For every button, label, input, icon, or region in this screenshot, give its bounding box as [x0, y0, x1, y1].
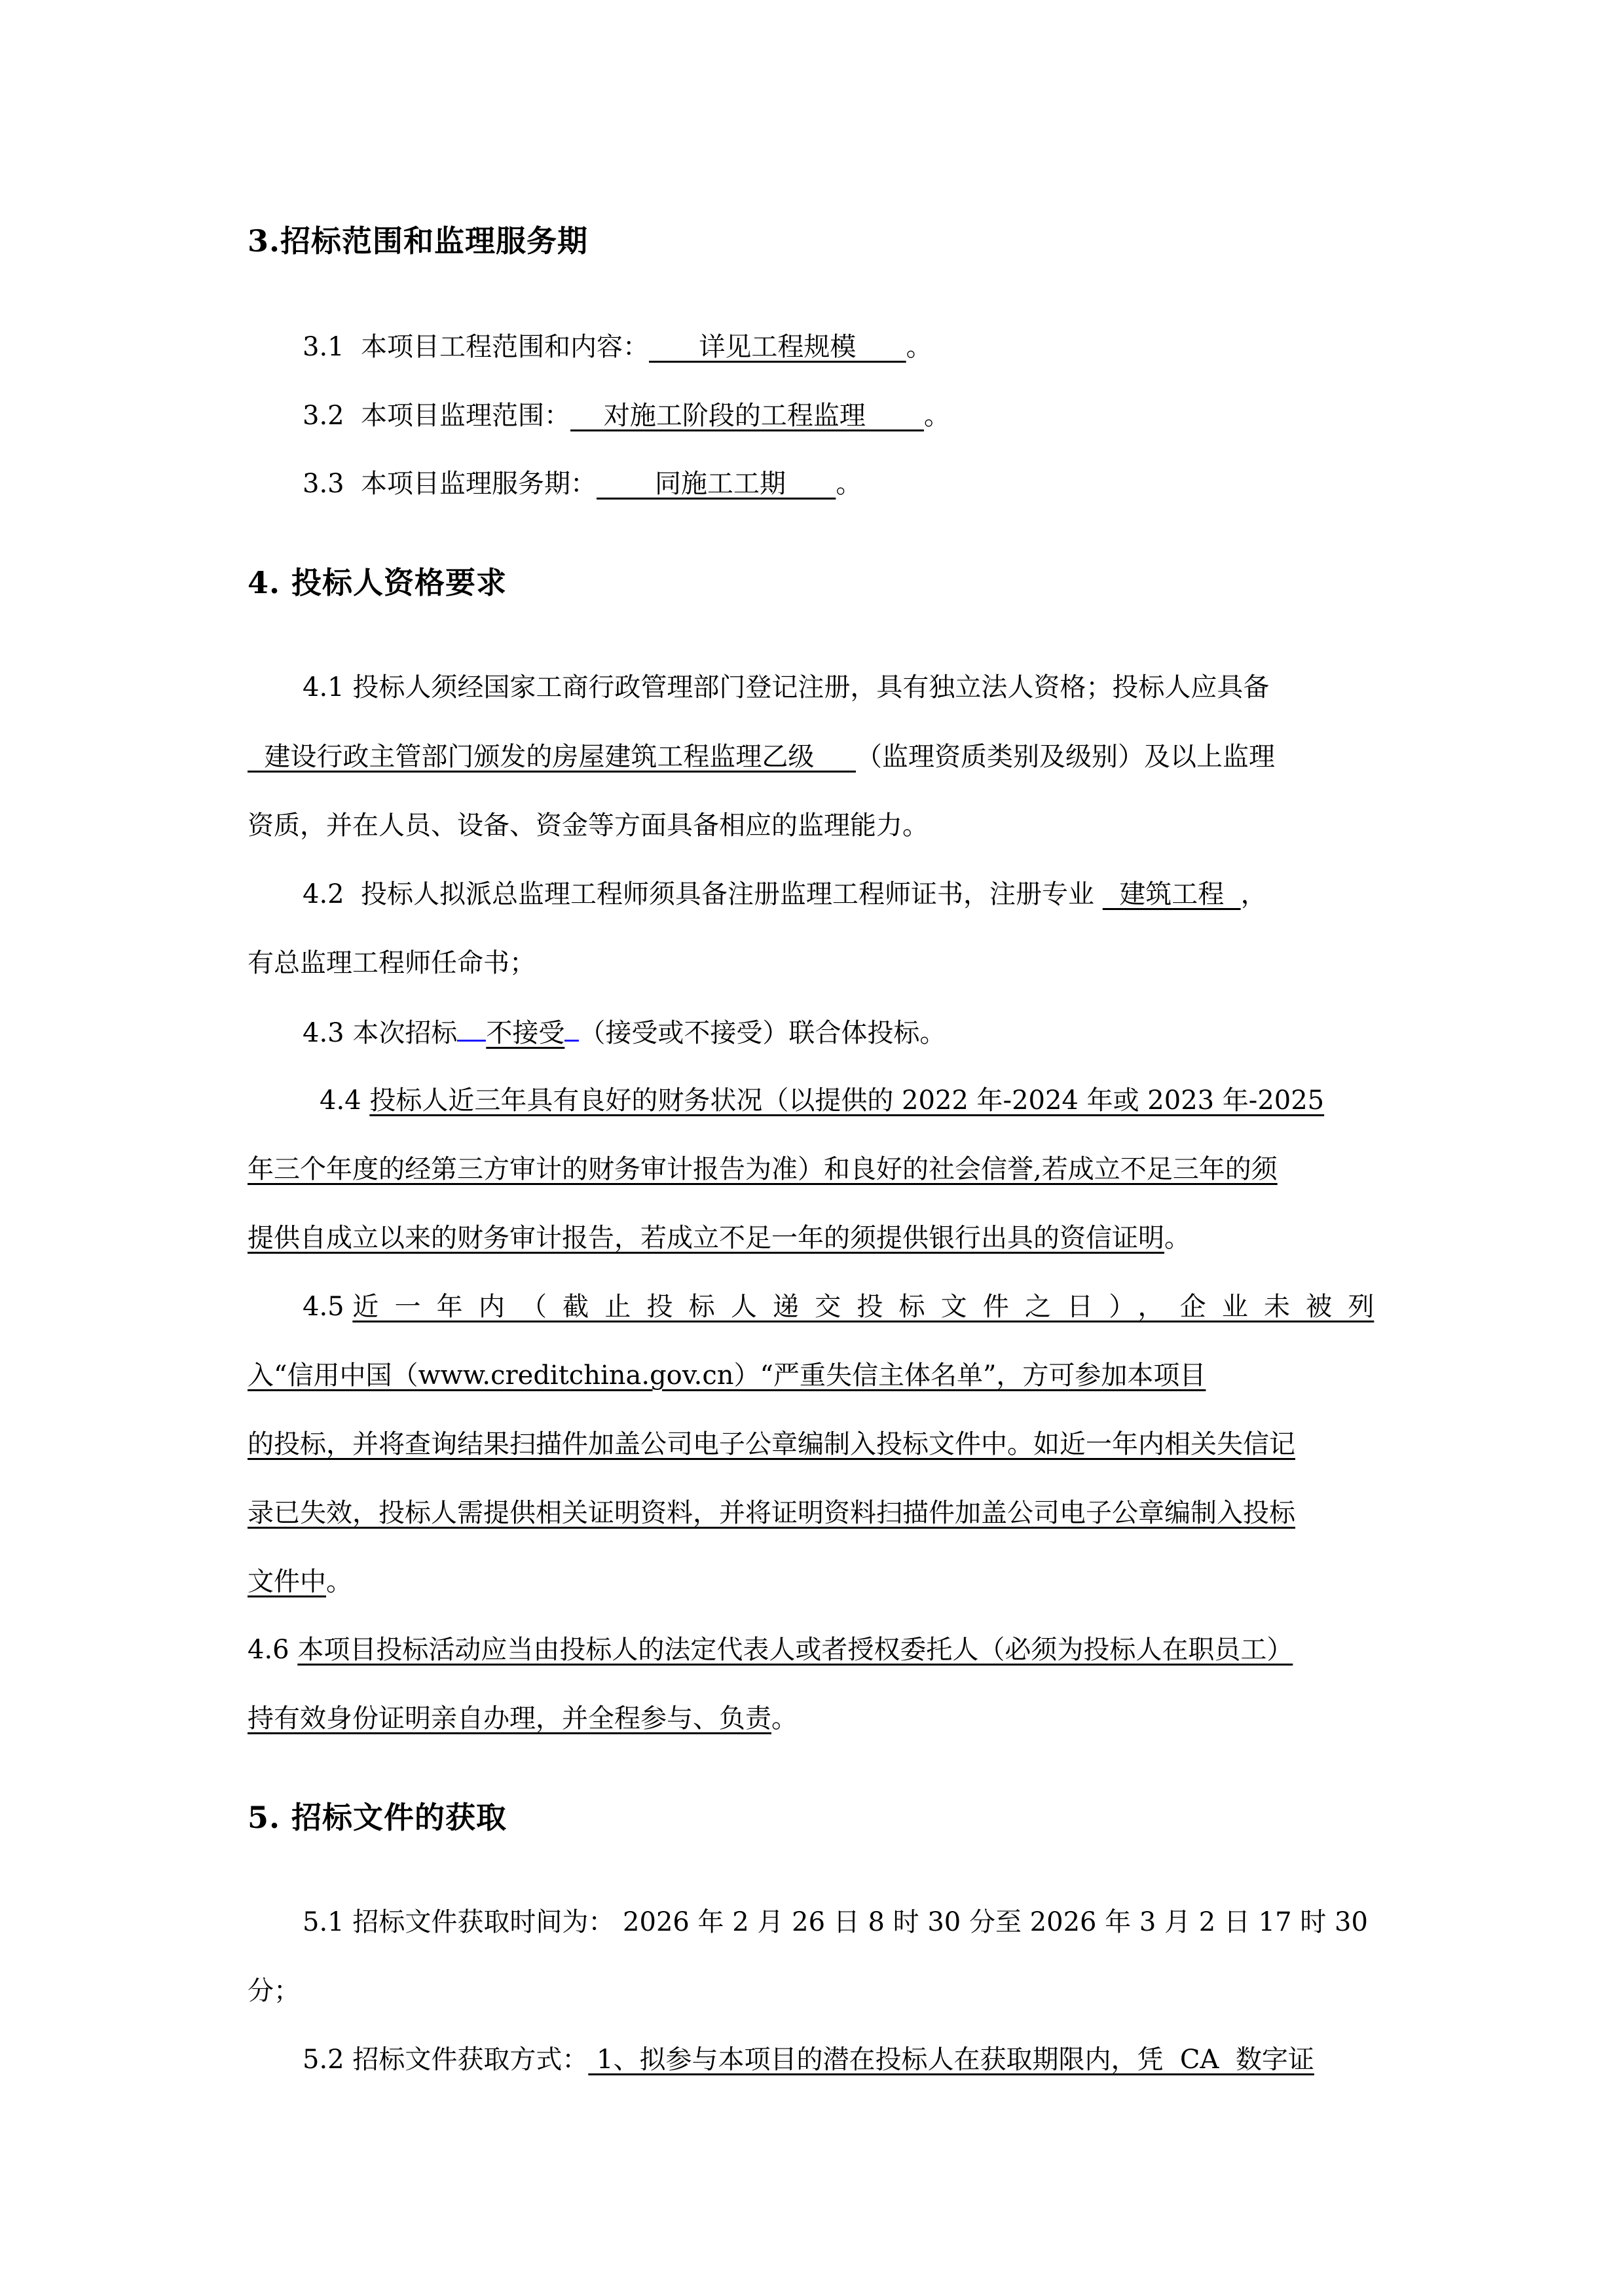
item-4-5-text-3: 的投标，并将查询结果扫描件加盖公司电子公章编制入投标文件中。如近一年内相关失信记: [248, 1429, 1295, 1459]
item-4-4-num: 4.4: [320, 1085, 369, 1116]
item-4-4-text-3: 提供自成立以来的财务审计报告，若成立不足一年的须提供银行出具的资信证明: [248, 1223, 1164, 1253]
item-4-5-line5: 文件中。: [248, 1563, 352, 1600]
item-4-4-line1: 4.4 投标人近三年具有良好的财务状况（以提供的 2022 年-2024 年或 …: [320, 1082, 1324, 1119]
item-3-1-end: 。: [906, 332, 932, 362]
item-3-2: 3.2 本项目监理范围： 对施工阶段的工程监理 。: [303, 397, 950, 434]
item-4-4-text-2: 年三个年度的经第三方审计的财务审计报告为准）和良好的社会信誉,若成立不足三年的须: [248, 1154, 1278, 1184]
item-4-3: 4.3 本次招标不接受（接受或不接受）联合体投标。: [303, 1013, 946, 1051]
item-4-2-prefix: 4.2 投标人拟派总监理工程师须具备注册监理工程师证书，注册专业: [303, 879, 1103, 909]
item-4-4-text-1: 投标人近三年具有良好的财务状况（以提供的 2022 年-2024 年或 2023…: [369, 1085, 1324, 1116]
item-4-1-line2: 建设行政主管部门颁发的房屋建筑工程监理乙级 （监理资质类别及级别）及以上监理: [248, 738, 1275, 775]
item-4-4-line3: 提供自成立以来的财务审计报告，若成立不足一年的须提供银行出具的资信证明。: [248, 1220, 1190, 1256]
item-4-5-text-2: 入“信用中国（www.creditchina.gov.cn）“严重失信主体名单”…: [248, 1360, 1206, 1391]
item-4-2-line1: 4.2 投标人拟派总监理工程师须具备注册监理工程师证书，注册专业 建筑工程 ，: [303, 876, 1267, 913]
item-4-6-text-2: 持有效身份证明亲自办理，并全程参与、负责: [248, 1704, 771, 1734]
item-5-1-line1: 5.1 招标文件获取时间为： 2026 年 2 月 26 日 8 时 30 分至…: [303, 1904, 1368, 1941]
item-4-3-blank-right: [564, 1013, 579, 1042]
item-3-1: 3.1 本项目工程范围和内容： 详见工程规模 。: [303, 329, 932, 365]
item-4-2-line2: 有总监理工程师任命书；: [248, 945, 536, 981]
item-3-3: 3.3 本项目监理服务期： 同施工工期 。: [303, 465, 862, 502]
item-4-5-line4: 录已失效，投标人需提供相关证明资料，并将证明资料扫描件加盖公司电子公章编制入投标: [248, 1495, 1295, 1531]
section-4-heading: 4. 投标人资格要求: [248, 564, 507, 601]
section-3-heading: 3.招标范围和监理服务期: [248, 223, 588, 259]
item-5-1-line2: 分；: [248, 1973, 300, 2009]
item-5-2-line1: 5.2 招标文件获取方式： 1、拟参与本项目的潜在投标人在获取期限内，凭 CA …: [303, 2041, 1314, 2078]
item-4-6-line2: 持有效身份证明亲自办理，并全程参与、负责。: [248, 1700, 798, 1737]
item-3-3-end: 。: [836, 469, 862, 499]
section-5-heading: 5. 招标文件的获取: [248, 1799, 507, 1836]
item-4-3-prefix: 4.3 本次招标: [303, 1018, 457, 1048]
item-4-5-line1: 4.5 近一年内（截止投标人递交投标文件之日），企业未被列: [303, 1288, 1374, 1325]
item-4-3-blank-left: [457, 1013, 486, 1042]
item-4-5-line2: 入“信用中国（www.creditchina.gov.cn）“严重失信主体名单”…: [248, 1357, 1206, 1394]
item-4-4-end: 。: [1164, 1223, 1190, 1253]
item-4-5-num: 4.5: [303, 1292, 352, 1322]
item-4-4-line2: 年三个年度的经第三方审计的财务审计报告为准）和良好的社会信誉,若成立不足三年的须: [248, 1151, 1278, 1188]
item-4-3-rest: （接受或不接受）联合体投标。: [579, 1018, 946, 1048]
item-3-1-value: 详见工程规模: [649, 332, 906, 362]
item-4-1-qualification: 建设行政主管部门颁发的房屋建筑工程监理乙级: [248, 742, 856, 772]
item-3-2-label: 3.2 本项目监理范围：: [303, 401, 570, 431]
item-4-5-text-5: 文件中: [248, 1567, 326, 1597]
item-4-6-text-1: 本项目投标活动应当由投标人的法定代表人或者授权委托人（必须为投标人在职员工）: [297, 1635, 1293, 1665]
item-3-2-value: 对施工阶段的工程监理: [570, 401, 924, 431]
item-4-5-line3: 的投标，并将查询结果扫描件加盖公司电子公章编制入投标文件中。如近一年内相关失信记: [248, 1426, 1295, 1463]
item-4-2-specialty: 建筑工程: [1103, 879, 1241, 909]
item-3-3-label: 3.3 本项目监理服务期：: [303, 469, 597, 499]
item-3-1-label: 3.1 本项目工程范围和内容：: [303, 332, 649, 362]
item-4-1-line1: 4.1 投标人须经国家工商行政管理部门登记注册，具有独立法人资格；投标人应具备: [303, 669, 1269, 706]
item-5-2-prefix: 5.2 招标文件获取方式：: [303, 2045, 588, 2075]
item-4-5-text-1: 近一年内（截止投标人递交投标文件之日），企业未被列: [352, 1288, 1374, 1325]
item-5-2-value: 1、拟参与本项目的潜在投标人在获取期限内，凭 CA 数字证: [588, 2045, 1314, 2075]
item-4-3-value: 不接受: [486, 1018, 564, 1048]
item-4-6-num: 4.6: [248, 1635, 297, 1665]
item-4-2-end: ，: [1241, 879, 1267, 909]
item-3-2-end: 。: [924, 401, 950, 431]
item-4-1-line3: 资质，并在人员、设备、资金等方面具备相应的监理能力。: [248, 807, 929, 844]
item-4-5-text-4: 录已失效，投标人需提供相关证明资料，并将证明资料扫描件加盖公司电子公章编制入投标: [248, 1498, 1295, 1528]
item-4-1-qualification-note: （监理资质类别及级别）及以上监理: [856, 742, 1275, 772]
item-4-6-end: 。: [771, 1704, 798, 1734]
item-4-5-end: 。: [326, 1567, 352, 1597]
document-page: 3.招标范围和监理服务期 3.1 本项目工程范围和内容： 详见工程规模 。 3.…: [0, 0, 1624, 2296]
item-3-3-value: 同施工工期: [597, 469, 836, 499]
item-4-6-line1: 4.6 本项目投标活动应当由投标人的法定代表人或者授权委托人（必须为投标人在职员…: [248, 1631, 1293, 1668]
